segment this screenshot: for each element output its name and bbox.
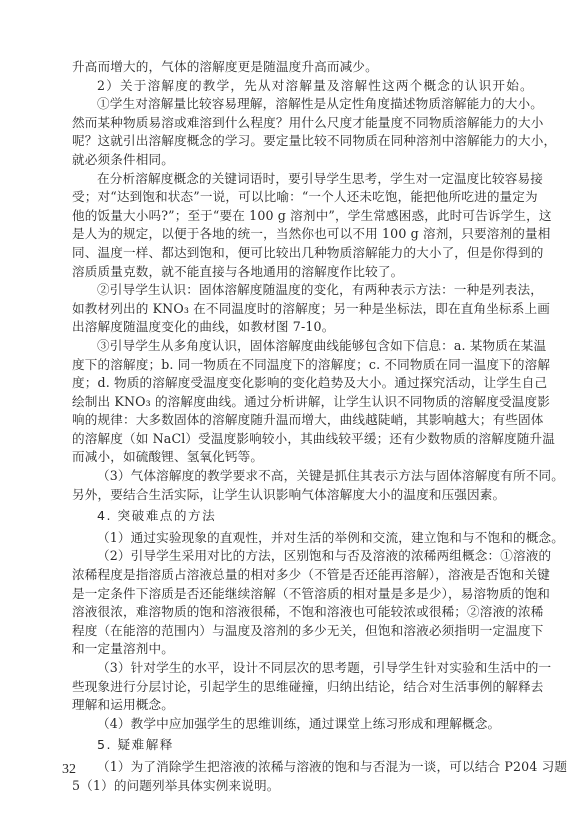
text-line: ①学生对溶解量比较容易理解，溶解性是从定性角度描述物质溶解能力的大小。 xyxy=(72,95,512,114)
text-line: 理解和运用概念。 xyxy=(72,696,512,715)
text-line: 些现象进行分层讨论，引起学生的思维碰撞，归纳出结论，结合对生活事例的解释去 xyxy=(72,678,512,697)
text-line: 的溶解度（如 NaCl）受温度影响较小，其曲线较平缓；还有少数物质的溶解度随升温 xyxy=(72,430,512,449)
text-line: 出溶解度随温度变化的曲线，如教材图 7-10。 xyxy=(72,318,512,337)
text-line: 2）关于溶解度的教学，先从对溶解量及溶解性这两个概念的认识开始。 xyxy=(72,77,512,96)
text-line: 浓稀程度是指溶质占溶液总量的相对多少（不管是否还能再溶解），溶液是否饱和关键 xyxy=(72,566,512,585)
text-line: 另外，要结合生活实际，让学生认识影响气体溶解度大小的温度和压强因素。 xyxy=(72,486,512,505)
text-line: 度下的溶解度；b. 同一物质在不同温度下的溶解度；c. 不同物质在同一温度下的溶… xyxy=(72,356,512,375)
text-line: （3）针对学生的水平，设计不同层次的思考题，引导学生针对实验和生活中的一 xyxy=(72,659,512,678)
text-line: （1）通过实验现象的直观性，并对生活的举例和交流，建立饱和与不饱和的概念。 xyxy=(72,529,512,548)
text-line: （4）教学中应加强学生的思维训练，通过课堂上练习形成和理解概念。 xyxy=(72,715,512,734)
text-line: 升高而增大的，气体的溶解度更是随温度升高而减少。 xyxy=(72,58,512,77)
text-line: 绘制出 KNO₃ 的溶解度曲线。通过分析讲解，让学生认识不同物质的溶解度受温度影 xyxy=(72,393,512,412)
text-line: 呢？这就引出溶解度概念的学习。要定量比较不同物质在同种溶剂中溶解能力的大小， xyxy=(72,132,512,151)
text-line: ③引导学生从多角度认识，固体溶解度曲线能够包含如下信息：a. 某物质在某温 xyxy=(72,337,512,356)
text-line: （1）为了消除学生把溶液的浓稀与溶液的饱和与否混为一谈，可以结合 P204 习题 xyxy=(72,758,512,777)
text-line: 就必须条件相同。 xyxy=(72,151,512,170)
text-line: （3）气体溶解度的教学要求不高，关键是抓住其表示方法与固体溶解度有所不同。 xyxy=(72,467,512,486)
text-line: 受；对“达到饱和状态”一说，可以比喻：“一个人还未吃饱，能把他所吃进的量定为 xyxy=(72,188,512,207)
text-line: 溶质质量克数，就不能直接与各地通用的溶解度作比较了。 xyxy=(72,263,512,282)
document-body: 升高而增大的，气体的溶解度更是随温度升高而减少。2）关于溶解度的教学，先从对溶解… xyxy=(72,58,512,795)
text-line: 程度（在能溶的范围内）与温度及溶剂的多少无关，但饱和溶液必须指明一定温度下 xyxy=(72,622,512,641)
text-line: ②引导学生认识：固体溶解度随温度的变化，有两种表示方法：一种是列表法， xyxy=(72,281,512,300)
text-line: 同、温度一样、都达到饱和，便可比较出几种物质溶解能力的大小了，但是你得到的 xyxy=(72,244,512,263)
text-line: （2）引导学生采用对比的方法，区别饱和与否及溶液的浓稀两组概念：①溶液的 xyxy=(72,547,512,566)
section-heading: 4. 突破难点的方法 xyxy=(72,507,512,526)
text-line: 和一定量溶剂中。 xyxy=(72,640,512,659)
text-line: 是一定条件下溶质是否还能继续溶解（不管溶质的相对量是多是少），易溶物质的饱和 xyxy=(72,585,512,604)
page-number: 32 xyxy=(62,762,76,778)
text-line: 他的饭量大小吗?”；至于“要在 100 g 溶剂中”，学生常感困惑，此时可告诉学… xyxy=(72,207,512,226)
text-line: 在分析溶解度概念的关键词语时，要引导学生思考，学生对一定温度比较容易接 xyxy=(72,170,512,189)
text-line: 度；d. 物质的溶解度受温度变化影响的变化趋势及大小。通过探究活动，让学生自己 xyxy=(72,374,512,393)
text-line: 然而某种物质易溶或难溶到什么程度？用什么尺度才能量度不同物质溶解能力的大小 xyxy=(72,114,512,133)
text-line: 5（1）的问题列举具体实例来说明。 xyxy=(72,777,512,796)
text-line: 而减小，如硫酸锂、氢氧化钙等。 xyxy=(72,448,512,467)
text-line: 是人为的规定，以便于各地的统一，当然你也可以不用 100 g 溶剂，只要溶剂的量… xyxy=(72,225,512,244)
text-line: 如教材列出的 KNO₃ 在不同温度时的溶解度；另一种是坐标法，即在直角坐标系上画 xyxy=(72,300,512,319)
section-heading: 5. 疑难解释 xyxy=(72,736,512,755)
text-line: 溶液很浓，难溶物质的饱和溶液很稀，不饱和溶液也可能较浓或很稀；②溶液的浓稀 xyxy=(72,603,512,622)
text-line: 响的规律：大多数固体的溶解度随升温而增大，曲线越陡峭，其影响越大；有些固体 xyxy=(72,411,512,430)
